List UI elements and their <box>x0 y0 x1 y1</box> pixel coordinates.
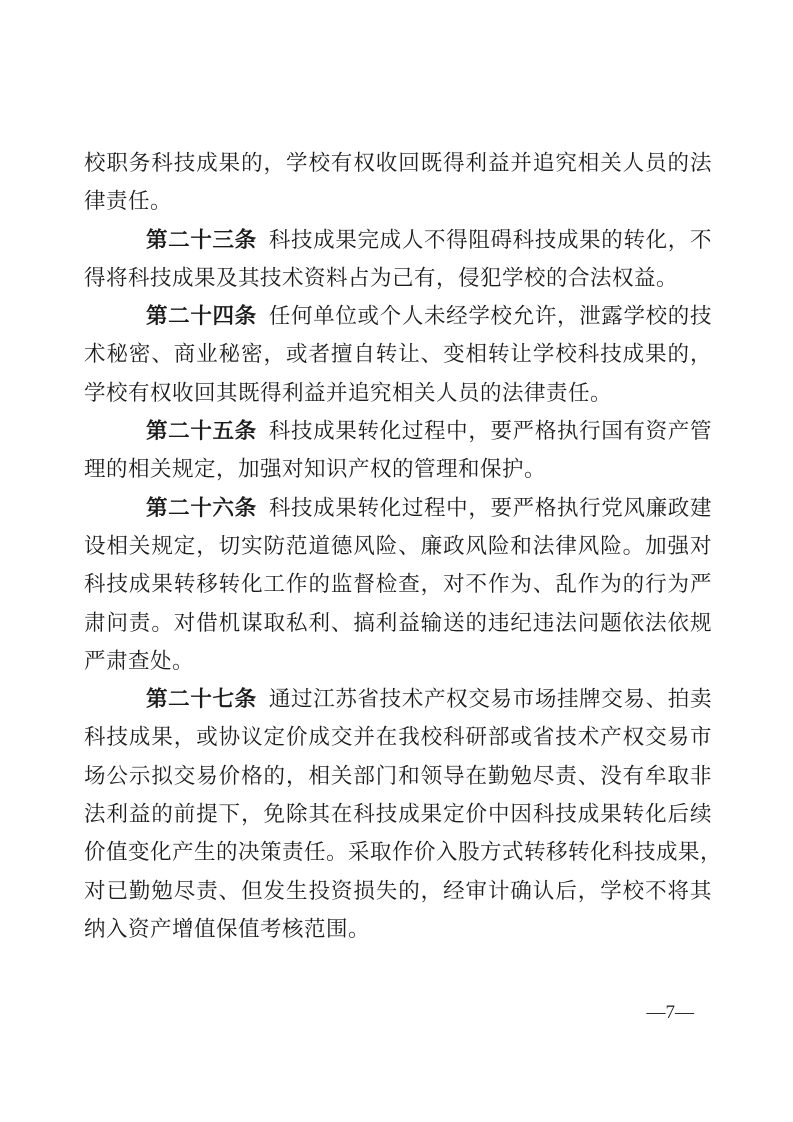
text-line: 对已勤勉尽责、但发生投资损失的，经审计确认后，学校不将其 <box>84 872 712 910</box>
article-text: 任何单位或个人未经学校允许，泄露学校的技 <box>269 304 712 328</box>
text-line: 学校有权收回其既得利益并追究相关人员的法律责任。 <box>84 374 712 412</box>
text-line: 校职务科技成果的，学校有权收回既得利益并追究相关人员的法 <box>84 144 712 182</box>
text-line: 纳入资产增值保值考核范围。 <box>84 910 712 948</box>
article-text: 科技成果完成人不得阻碍科技成果的转化，不 <box>269 228 712 252</box>
paragraph-continuation: 校职务科技成果的，学校有权收回既得利益并追究相关人员的法 律责任。 <box>84 144 712 221</box>
text-line: 第二十五条科技成果转化过程中，要严格执行国有资产管 <box>84 412 712 450</box>
text-line: 价值变化产生的决策责任。采取作价入股方式转移转化科技成果， <box>84 833 712 871</box>
text-line: 得将科技成果及其技术资料占为己有，侵犯学校的合法权益。 <box>84 259 712 297</box>
text-line: 第二十四条任何单位或个人未经学校允许，泄露学校的技 <box>84 297 712 335</box>
article-number: 第二十七条 <box>146 687 257 711</box>
paragraph-article-23: 第二十三条科技成果完成人不得阻碍科技成果的转化，不 得将科技成果及其技术资料占为… <box>84 221 712 298</box>
article-number: 第二十六条 <box>146 496 257 520</box>
paragraph-article-25: 第二十五条科技成果转化过程中，要严格执行国有资产管 理的相关规定，加强对知识产权… <box>84 412 712 489</box>
article-number: 第二十四条 <box>146 304 257 328</box>
text-line: 科技成果，或协议定价成交并在我校科研部或省技术产权交易市 <box>84 718 712 756</box>
text-line: 场公示拟交易价格的，相关部门和领导在勤勉尽责、没有牟取非 <box>84 757 712 795</box>
text-line: 设相关规定，切实防范道德风险、廉政风险和法律风险。加强对 <box>84 527 712 565</box>
text-line: 律责任。 <box>84 182 712 220</box>
text-line: 术秘密、商业秘密，或者擅自转让、变相转让学校科技成果的， <box>84 335 712 373</box>
paragraph-article-27: 第二十七条通过江苏省技术产权交易市场挂牌交易、拍卖 科技成果，或协议定价成交并在… <box>84 680 712 948</box>
document-page: 校职务科技成果的，学校有权收回既得利益并追究相关人员的法 律责任。 第二十三条科… <box>0 0 793 1122</box>
article-number: 第二十五条 <box>146 419 257 443</box>
text-line: 肃问责。对借机谋取私利、搞利益输送的违纪违法问题依法依规 <box>84 604 712 642</box>
text-line: 第二十六条科技成果转化过程中，要严格执行党风廉政建 <box>84 489 712 527</box>
paragraph-article-26: 第二十六条科技成果转化过程中，要严格执行党风廉政建 设相关规定，切实防范道德风险… <box>84 489 712 680</box>
text-line: 法利益的前提下，免除其在科技成果定价中因科技成果转化后续 <box>84 795 712 833</box>
text-line: 严肃查处。 <box>84 642 712 680</box>
text-line: 第二十三条科技成果完成人不得阻碍科技成果的转化，不 <box>84 221 712 259</box>
article-text: 通过江苏省技术产权交易市场挂牌交易、拍卖 <box>269 687 712 711</box>
article-text: 科技成果转化过程中，要严格执行国有资产管 <box>269 419 712 443</box>
text-line: 科技成果转移转化工作的监督检查，对不作为、乱作为的行为严 <box>84 565 712 603</box>
text-line: 第二十七条通过江苏省技术产权交易市场挂牌交易、拍卖 <box>84 680 712 718</box>
article-number: 第二十三条 <box>146 228 257 252</box>
text-line: 理的相关规定，加强对知识产权的管理和保护。 <box>84 450 712 488</box>
text-block: 校职务科技成果的，学校有权收回既得利益并追究相关人员的法 律责任。 第二十三条科… <box>84 144 712 948</box>
page-number: —7— <box>647 1001 695 1025</box>
paragraph-article-24: 第二十四条任何单位或个人未经学校允许，泄露学校的技 术秘密、商业秘密，或者擅自转… <box>84 297 712 412</box>
article-text: 科技成果转化过程中，要严格执行党风廉政建 <box>269 496 712 520</box>
